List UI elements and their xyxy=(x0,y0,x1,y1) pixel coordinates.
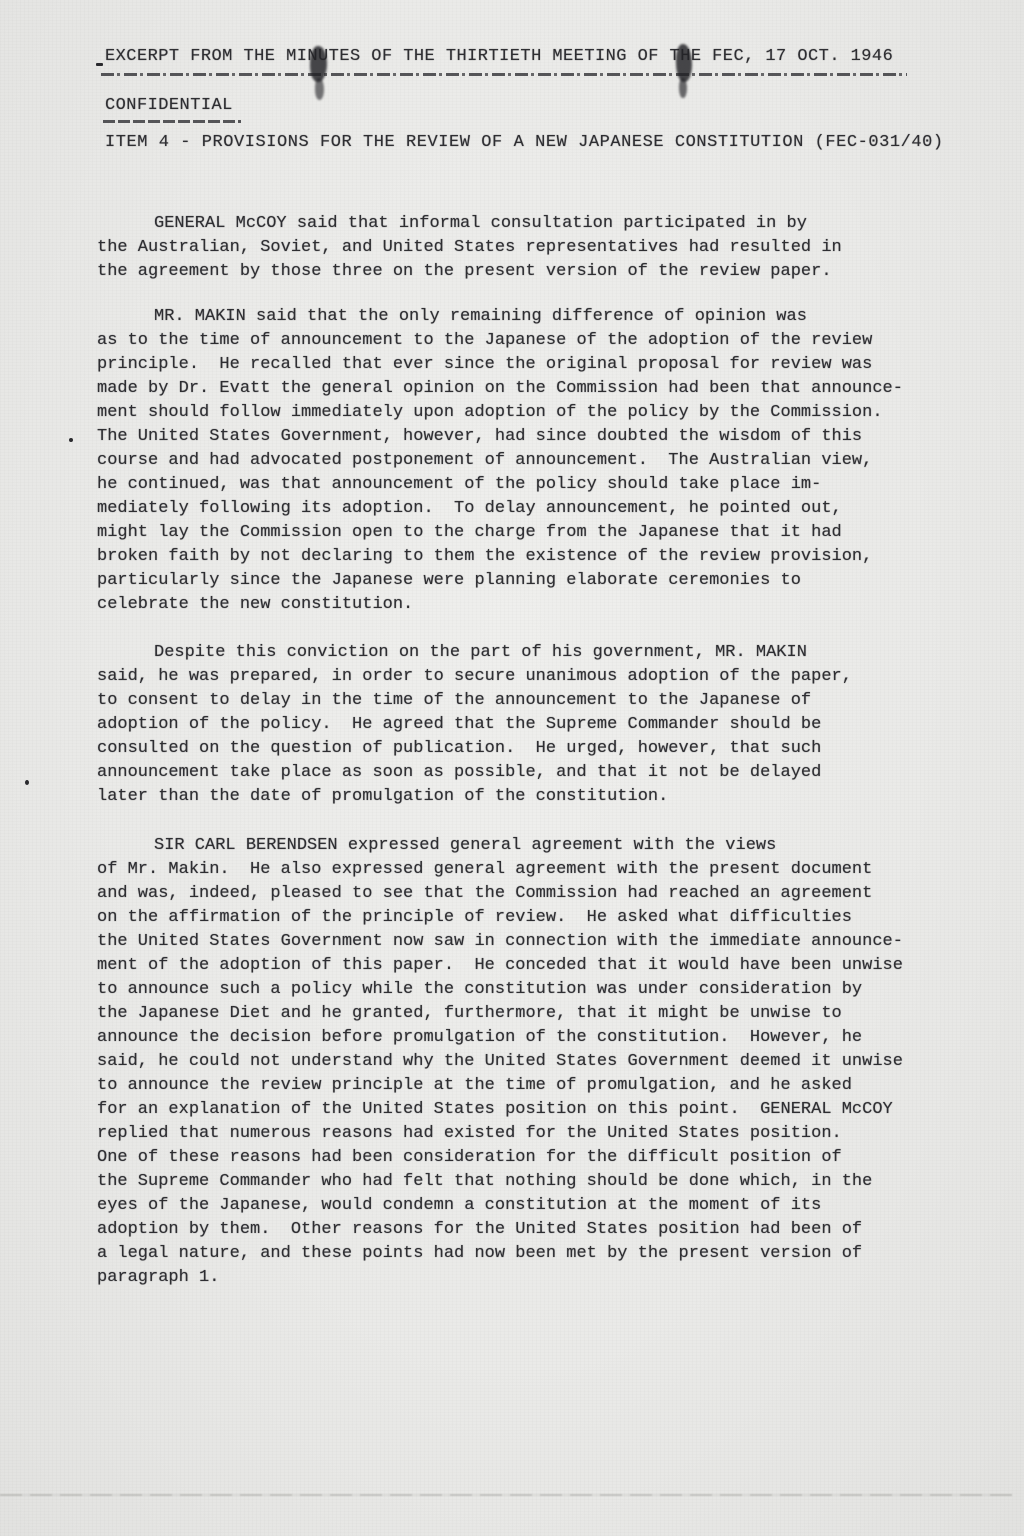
paragraph-mr-makin-concession: Despite this conviction on the part of h… xyxy=(97,641,852,809)
text-line: celebrate the new constitution. xyxy=(97,593,903,617)
ink-blot xyxy=(679,78,687,98)
text-line: The United States Government, however, h… xyxy=(97,425,903,449)
scan-crease-line xyxy=(0,1494,1012,1496)
text-line: on the affirmation of the principle of r… xyxy=(97,906,903,930)
text-line: One of these reasons had been considerat… xyxy=(97,1146,903,1170)
text-line: eyes of the Japanese, would condemn a co… xyxy=(97,1194,903,1218)
text-line: course and had advocated postponement of… xyxy=(97,449,903,473)
text-line: principle. He recalled that ever since t… xyxy=(97,353,903,377)
text-line: ment of the adoption of this paper. He c… xyxy=(97,954,903,978)
paragraph-general-mccoy-opening: GENERAL McCOY said that informal consult… xyxy=(97,212,842,284)
text-line: paragraph 1. xyxy=(97,1266,903,1290)
text-line: adoption of the policy. He agreed that t… xyxy=(97,713,852,737)
text-line: to announce such a policy while the cons… xyxy=(97,978,903,1002)
text-line: the Supreme Commander who had felt that … xyxy=(97,1170,903,1194)
paper-speck xyxy=(69,438,73,442)
text-line: particularly since the Japanese were pla… xyxy=(97,569,903,593)
item-heading: ITEM 4 - PROVISIONS FOR THE REVIEW OF A … xyxy=(105,133,944,152)
text-line: might lay the Commission open to the cha… xyxy=(97,521,903,545)
text-line: later than the date of promulgation of t… xyxy=(97,785,852,809)
text-line: the United States Government now saw in … xyxy=(97,930,903,954)
text-line: made by Dr. Evatt the general opinion on… xyxy=(97,377,903,401)
text-line: of Mr. Makin. He also expressed general … xyxy=(97,858,903,882)
text-line: said, he was prepared, in order to secur… xyxy=(97,665,852,689)
paper-speck xyxy=(25,780,29,785)
text-line: MR. MAKIN said that the only remaining d… xyxy=(97,305,903,329)
text-line: adoption by them. Other reasons for the … xyxy=(97,1218,903,1242)
paragraph-mr-makin-difference-of-opinion: MR. MAKIN said that the only remaining d… xyxy=(97,305,903,617)
text-line: to announce the review principle at the … xyxy=(97,1074,903,1098)
classification-label: CONFIDENTIAL xyxy=(105,96,233,115)
text-line: announcement take place as soon as possi… xyxy=(97,761,852,785)
text-line: Despite this conviction on the part of h… xyxy=(97,641,852,665)
paragraph-sir-carl-berendsen: SIR CARL BERENDSEN expressed general agr… xyxy=(97,834,903,1290)
text-line: the agreement by those three on the pres… xyxy=(97,260,842,284)
text-line: ment should follow immediately upon adop… xyxy=(97,401,903,425)
text-line: SIR CARL BERENDSEN expressed general agr… xyxy=(97,834,903,858)
text-line: to consent to delay in the time of the a… xyxy=(97,689,852,713)
text-line: and was, indeed, pleased to see that the… xyxy=(97,882,903,906)
text-line: mediately following its adoption. To del… xyxy=(97,497,903,521)
text-line: he continued, was that announcement of t… xyxy=(97,473,903,497)
ink-blot xyxy=(315,78,324,100)
text-line: a legal nature, and these points had now… xyxy=(97,1242,903,1266)
text-line: announce the decision before promulgatio… xyxy=(97,1026,903,1050)
text-line: broken faith by not declaring to them th… xyxy=(97,545,903,569)
text-line: said, he could not understand why the Un… xyxy=(97,1050,903,1074)
text-line: replied that numerous reasons had existe… xyxy=(97,1122,903,1146)
text-line: GENERAL McCOY said that informal consult… xyxy=(97,212,842,236)
text-line: as to the time of announcement to the Ja… xyxy=(97,329,903,353)
scanned-document-page: EXCERPT FROM THE MINUTES OF THE THIRTIET… xyxy=(0,0,1024,1536)
classification-underline xyxy=(103,120,241,123)
text-line: the Australian, Soviet, and United State… xyxy=(97,236,842,260)
document-title: EXCERPT FROM THE MINUTES OF THE THIRTIET… xyxy=(105,47,893,66)
text-line: consulted on the question of publication… xyxy=(97,737,852,761)
title-underline xyxy=(101,73,907,76)
ink-blot xyxy=(309,46,327,83)
text-line: for an explanation of the United States … xyxy=(97,1098,903,1122)
text-line: the Japanese Diet and he granted, furthe… xyxy=(97,1002,903,1026)
paper-speck xyxy=(96,63,103,66)
